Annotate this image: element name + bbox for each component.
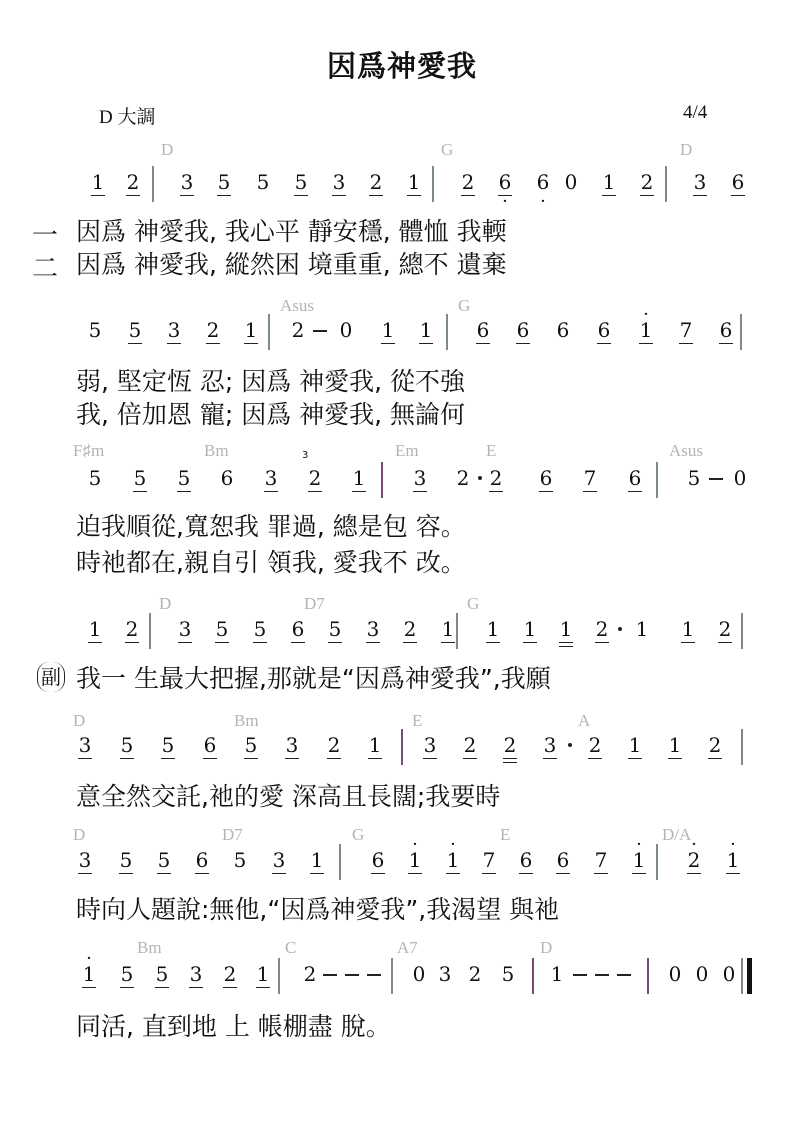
note: 5: [152, 962, 172, 986]
note: 3: [261, 466, 281, 490]
note: 5: [212, 617, 232, 641]
bar-line: [152, 166, 154, 202]
time-signature: 4/4: [683, 102, 707, 124]
note: 3: [690, 170, 710, 194]
lyric-verse-2: 我, 倍加恩 寵; 因爲 神愛我, 無論何: [76, 400, 465, 430]
note: 5: [154, 848, 174, 872]
note: 5: [214, 170, 234, 194]
lyric-chorus: 意全然交託,祂的愛 深高且長闊;我要時: [76, 782, 500, 812]
bar-line: [268, 314, 270, 350]
note: 1: [79, 962, 99, 986]
sustain-dash: [367, 974, 381, 976]
chord-symbol: G: [467, 594, 479, 614]
note: 1: [443, 848, 463, 872]
bar-line: [149, 613, 151, 649]
note: 3: [75, 848, 95, 872]
chord-symbol: Asus: [280, 296, 314, 316]
note: 1: [625, 733, 645, 757]
song-title: 因爲神愛我: [0, 44, 804, 85]
note: 1: [404, 170, 424, 194]
note: 2: [705, 733, 725, 757]
note: 2: [715, 617, 735, 641]
note: 3: [282, 733, 302, 757]
note: 3: [363, 617, 383, 641]
chord-symbol: D: [161, 140, 173, 160]
note: 5: [125, 318, 145, 342]
note: 7: [591, 848, 611, 872]
lyric-verse-2: 因爲 神愛我, 縱然困 境重重, 總不 遺棄: [76, 250, 507, 280]
note: 1: [88, 170, 108, 194]
chorus-marker: 副: [37, 662, 65, 692]
note: 6: [473, 318, 493, 342]
lyric-verse-1: 因爲 神愛我, 我心平 靜安穩, 體恤 我輭: [76, 217, 507, 247]
note: 6: [495, 170, 515, 194]
note: 2: [465, 962, 485, 986]
sustain-dash: [313, 330, 327, 332]
note: 0: [336, 318, 356, 342]
note: 2: [400, 617, 420, 641]
verse-number-1: 一: [32, 215, 58, 252]
note: 5: [85, 318, 105, 342]
note: 2: [288, 318, 308, 342]
note: 6: [728, 170, 748, 194]
note: 3: [175, 617, 195, 641]
note: 0: [561, 170, 581, 194]
note: 5: [158, 733, 178, 757]
sustain-dash: [595, 974, 609, 976]
note: 1: [636, 318, 656, 342]
note: 3: [329, 170, 349, 194]
bar-line: [456, 613, 458, 649]
note: 6: [192, 848, 212, 872]
dotted-note-dot: [618, 627, 622, 631]
note: 1: [556, 617, 576, 641]
chord-symbol: A: [578, 711, 590, 731]
note: 0: [665, 962, 685, 986]
sustain-dash: [709, 478, 723, 480]
bar-line: [532, 958, 534, 994]
note: 7: [479, 848, 499, 872]
note: 3: [177, 170, 197, 194]
note: 1: [349, 466, 369, 490]
note: 7: [580, 466, 600, 490]
chord-symbol: D: [73, 825, 85, 845]
note: 6: [553, 848, 573, 872]
bar-line: [401, 729, 403, 765]
note: 6: [536, 466, 556, 490]
note: 6: [200, 733, 220, 757]
note: 3: [269, 848, 289, 872]
dotted-note-dot: [568, 743, 572, 747]
note: 1: [723, 848, 743, 872]
note: 6: [516, 848, 536, 872]
sustain-dash: [345, 974, 359, 976]
note: 2: [637, 170, 657, 194]
note: 5: [325, 617, 345, 641]
note: 1: [85, 617, 105, 641]
chord-symbol: Asus: [669, 441, 703, 461]
note: 5: [684, 466, 704, 490]
bar-line: [741, 958, 743, 994]
note: 5: [130, 466, 150, 490]
note: 2: [123, 170, 143, 194]
lyric-chorus: 時向人題說:無他,“因爲神愛我”,我渴望 與祂: [76, 895, 559, 925]
note: 5: [117, 962, 137, 986]
note: 1: [483, 617, 503, 641]
note: 2: [592, 617, 612, 641]
note: 0: [692, 962, 712, 986]
sustain-dash: [573, 974, 587, 976]
note: 6: [217, 466, 237, 490]
bar-line: [665, 166, 667, 202]
note: 2: [453, 466, 473, 490]
note: 7: [676, 318, 696, 342]
note: 5: [85, 466, 105, 490]
note: 2: [460, 733, 480, 757]
bar-line: [741, 613, 743, 649]
note: 5: [498, 962, 518, 986]
note: 1: [665, 733, 685, 757]
chord-symbol: D: [159, 594, 171, 614]
chord-symbol: D7: [304, 594, 325, 614]
note: 1: [253, 962, 273, 986]
bar-line: [741, 729, 743, 765]
bar-line: [740, 314, 742, 350]
bar-line: [446, 314, 448, 350]
note: 6: [368, 848, 388, 872]
lyric-chorus: 我一 生最大把握,那就是“因爲神愛我”,我願: [76, 664, 551, 694]
bar-line: [381, 462, 383, 498]
note: 1: [405, 848, 425, 872]
note: 2: [366, 170, 386, 194]
note: 2: [500, 733, 520, 757]
note: 1: [438, 617, 458, 641]
lyric-chorus: 同活, 直到地 上 帳棚盡 脫。: [76, 1012, 391, 1042]
note: 3: [75, 733, 95, 757]
chord-symbol: D: [680, 140, 692, 160]
note: 5: [291, 170, 311, 194]
note: 5: [116, 848, 136, 872]
note: 6: [594, 318, 614, 342]
note: 0: [719, 962, 739, 986]
chord-symbol: E: [486, 441, 496, 461]
note: 3: [540, 733, 560, 757]
key-signature: D 大調: [99, 102, 155, 129]
sustain-dash: [323, 974, 337, 976]
chord-symbol: E: [500, 825, 510, 845]
note: 5: [250, 617, 270, 641]
note: 2: [300, 962, 320, 986]
bar-line: [278, 958, 280, 994]
note: 5: [241, 733, 261, 757]
chord-symbol: D: [540, 938, 552, 958]
dotted-note-dot: [478, 476, 482, 480]
note: 1: [632, 617, 652, 641]
note: 3: [420, 733, 440, 757]
note: 2: [486, 466, 506, 490]
note: 1: [547, 962, 567, 986]
chord-symbol: Em: [395, 441, 419, 461]
chord-symbol: F♯m: [73, 441, 104, 461]
note: 1: [365, 733, 385, 757]
note: 3: [164, 318, 184, 342]
bar-line: [339, 844, 341, 880]
note: 2: [684, 848, 704, 872]
note: 2: [458, 170, 478, 194]
note: 5: [174, 466, 194, 490]
note: 1: [599, 170, 619, 194]
chord-symbol: G: [441, 140, 453, 160]
note: 3: [435, 962, 455, 986]
verse-number-2: 二: [32, 248, 58, 285]
note: 1: [416, 318, 436, 342]
note: 2: [220, 962, 240, 986]
chord-symbol: E: [412, 711, 422, 731]
note: 6: [553, 318, 573, 342]
note: 6: [513, 318, 533, 342]
chord-symbol: C: [285, 938, 296, 958]
chord-symbol: A7: [397, 938, 418, 958]
bar-line: [656, 462, 658, 498]
note: 5: [253, 170, 273, 194]
bar-line: [656, 844, 658, 880]
chord-symbol: D7: [222, 825, 243, 845]
note: 1: [678, 617, 698, 641]
bar-line: [391, 958, 393, 994]
sustain-dash: [617, 974, 631, 976]
note: 2: [324, 733, 344, 757]
note: 1: [378, 318, 398, 342]
note: 5: [230, 848, 250, 872]
chord-symbol: Bm: [234, 711, 259, 731]
note: 5: [117, 733, 137, 757]
note: 2: [122, 617, 142, 641]
note: 2: [203, 318, 223, 342]
lyric-verse-2: 時祂都在,親自引 領我, 愛我不 改。: [76, 548, 466, 578]
bar-line: [432, 166, 434, 202]
note: 1: [629, 848, 649, 872]
note: 6: [716, 318, 736, 342]
final-bar-line: [747, 958, 752, 994]
note: 0: [730, 466, 750, 490]
chord-symbol: Bm: [204, 441, 229, 461]
lyric-verse-1: 弱, 堅定恆 忍; 因爲 神愛我, 從不強: [76, 367, 465, 397]
triplet-number: 3: [302, 450, 308, 461]
note: 3: [410, 466, 430, 490]
note: 1: [307, 848, 327, 872]
note: 2: [585, 733, 605, 757]
note: 6: [625, 466, 645, 490]
note: 3: [186, 962, 206, 986]
chord-symbol: G: [352, 825, 364, 845]
chord-symbol: G: [458, 296, 470, 316]
lyric-verse-1: 迫我順從,寬恕我 罪過, 總是包 容。: [76, 512, 466, 542]
chord-symbol: Bm: [137, 938, 162, 958]
note: 1: [520, 617, 540, 641]
bar-line: [647, 958, 649, 994]
note: 2: [305, 466, 325, 490]
note: 6: [288, 617, 308, 641]
chord-symbol: D: [73, 711, 85, 731]
note: 1: [241, 318, 261, 342]
note: 0: [409, 962, 429, 986]
note: 6: [533, 170, 553, 194]
